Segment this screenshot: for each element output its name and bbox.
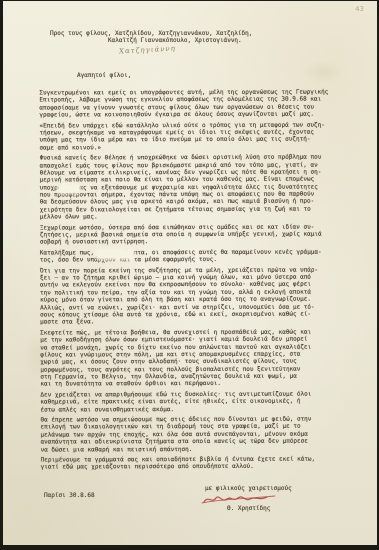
body-paragraph: Δεν χρειάζεται να απαριθμήσουμε εδώ τις … (40, 390, 355, 413)
salutation: Αγαπητοί φίλοι, (77, 72, 131, 79)
body-paragraph: «Επειδή δεν υπάρχει εδώ κατάλληλο υλικό … (39, 121, 354, 152)
typed-line: γραφείου, ώστε να κοινοποιηθούν έγκαιρα … (39, 111, 354, 119)
typed-line: υπόψη μας την ίδια μέρα και το ίδιο πνεύ… (39, 136, 354, 144)
address-header: Προς τους φίλους, Χατζηλίδου, Χατζηγιανν… (50, 30, 252, 45)
body-paragraph: Περιμένουμε τα γράμματά σας και οποιαδήπ… (41, 455, 356, 471)
body-paragraph: Θα έπρεπε ωστόσο να σημειώσουμε πως στις… (40, 415, 355, 453)
body-paragraph: Ότι για την πορεία εκείνη της συζήτησης … (40, 266, 355, 326)
dateline: Παρίσι 30.8.68 (44, 492, 95, 499)
typed-line: γιατί εδώ μας χρειάζονται περισσότερο απ… (41, 463, 356, 471)
address-line-2: Καλαϊτζή Γιαννακόπουλο, Χριστογιάννη. (50, 37, 252, 44)
signature-typed-name: Θ. Χρηστίδης (227, 505, 270, 512)
paper-stain (303, 61, 343, 83)
typed-line: και τη δυνατότητα να σταθούν όρθιοι και … (40, 380, 355, 388)
typed-line: μέλλον όλων μας. (40, 213, 355, 221)
body-paragraph: Συγκεντρωμένοι και εμείς οι υπογράφοντες… (39, 88, 354, 119)
body-paragraph: Φυσικά κανείς δεν θέλησε ή υποχρεώθηκε ν… (40, 154, 355, 222)
body-paragraph: Σκεφτείτε πώς, με τέτοια βοήθεια, θα συν… (40, 328, 355, 388)
typed-line: τος, όσο δεν υπάρχουν και τα μέσα εφαρμο… (40, 256, 355, 264)
typed-line: μαστε στα ξένα. (40, 318, 355, 326)
letter-body: Συγκεντρωμένοι και εμείς οι υπογράφοντες… (39, 88, 355, 474)
correction-fluid-patch (59, 185, 79, 192)
page-number: 43 (355, 5, 364, 13)
typed-line: έστω απλές και συναισθηματικές ακόμα. (40, 405, 355, 413)
typed-line: να δώσει μια καθαρή και πειστική απάντησ… (41, 445, 356, 453)
scanned-letter-page: 43 Προς τους φίλους, Χατζηλίδου, Χατζηγι… (0, 0, 379, 550)
pencil-annotation: Χατζηγιάννη (119, 45, 176, 56)
typed-line: σοβαρή ή ουσιαστική αντίρρηση. (40, 238, 355, 246)
typed-line: σαμε από κοινού.» (40, 143, 355, 151)
body-paragraph: Καταλήξαμε πως, απροσωπόληπτα, οι αποφάσ… (40, 248, 355, 264)
body-paragraph: Ξεχωρίσαμε ωστόσο, ύστερα από όσα ειπώθη… (40, 223, 355, 246)
correction-fluid-patch (97, 250, 133, 258)
